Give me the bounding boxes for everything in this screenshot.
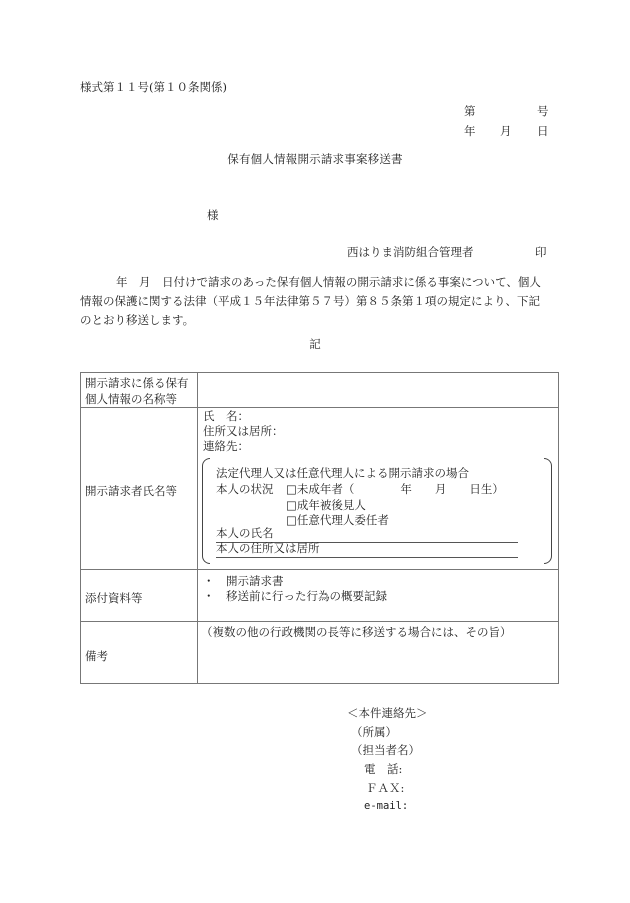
remarks-note: （複数の他の行政機関の長等に移送する場合には、その旨） xyxy=(201,625,512,640)
ki-heading: 記 xyxy=(0,339,630,351)
row-requester-label: 開示請求者氏名等 xyxy=(85,483,177,499)
attachment-item: ・ 開示請求書 xyxy=(203,574,387,589)
row-divider xyxy=(81,569,558,570)
attachment-item: ・ 移送前に行った行為の概要記録 xyxy=(203,589,387,604)
contact-fax: ＦＡＸ: xyxy=(366,783,404,795)
reference-number-suffix: 号 xyxy=(537,106,549,118)
contact-phone: 電 話: xyxy=(364,764,402,776)
label-line: 個人情報の名称等 xyxy=(85,391,189,407)
row-info-name-label: 開示請求に係る保有 個人情報の名称等 xyxy=(85,375,189,407)
label-line: 開示請求に係る保有 xyxy=(85,375,189,391)
date-month: 月 xyxy=(500,126,512,138)
addressee-honorific: 様 xyxy=(207,210,219,222)
requester-contact-field: 連絡先： xyxy=(203,439,284,454)
row-divider xyxy=(81,621,558,622)
requester-fields: 氏 名： 住所又は居所： 連絡先： xyxy=(203,409,284,454)
reference-number-prefix: 第 xyxy=(464,106,476,118)
date-day: 日 xyxy=(537,126,549,138)
agent-request-title: 法定代理人又は任意代理人による開示請求の場合 xyxy=(216,468,469,480)
principal-name-label: 本人の氏名 xyxy=(216,526,274,540)
row-remarks-label: 備考 xyxy=(85,648,108,664)
bracket-right xyxy=(544,458,552,564)
checkbox-minor[interactable]: □未成年者（ 年 月 日生） xyxy=(286,484,504,496)
document-title: 保有個人情報開示請求事案移送書 xyxy=(0,154,630,166)
principal-address-label: 本人の住所又は居所 xyxy=(216,541,320,555)
requester-name-field: 氏 名： xyxy=(203,409,284,424)
date-year: 年 xyxy=(464,126,476,138)
transfer-details-table: 開示請求に係る保有 個人情報の名称等 開示請求者氏名等 氏 名： 住所又は居所：… xyxy=(80,372,559,684)
column-divider xyxy=(197,373,198,683)
attachments-list: ・ 開示請求書 ・ 移送前に行った行為の概要記録 xyxy=(203,574,387,604)
requester-address-field: 住所又は居所： xyxy=(203,424,284,439)
contact-person: （担当者名） xyxy=(351,745,420,757)
principal-address-field[interactable]: 本人の住所又は居所 xyxy=(216,543,518,558)
checkbox-adult-ward[interactable]: □成年被後見人 xyxy=(286,500,366,512)
checkbox-agent-delegator[interactable]: □任意代理人委任者 xyxy=(286,515,389,527)
seal-mark: 印 xyxy=(535,247,547,259)
agent-request-bracket: 法定代理人又は任意代理人による開示請求の場合 本人の状況 □未成年者（ 年 月 … xyxy=(202,458,552,564)
row-divider xyxy=(81,407,558,408)
contact-heading: ＜本件連絡先＞ xyxy=(347,708,428,720)
row-attachments-label: 添付資料等 xyxy=(85,590,143,606)
principal-status-label: 本人の状況 xyxy=(216,484,274,496)
bracket-left xyxy=(202,458,210,564)
body-paragraph: 年 月 日付けで請求のあった保有個人情報の開示請求に係る事案について、個人情報の… xyxy=(80,273,550,330)
contact-affiliation: （所属） xyxy=(351,727,397,739)
form-number: 様式第１１号(第１０条関係) xyxy=(80,82,227,94)
contact-email: e-mail: xyxy=(364,801,408,812)
sender-name: 西はりま消防組合管理者 xyxy=(347,247,474,259)
